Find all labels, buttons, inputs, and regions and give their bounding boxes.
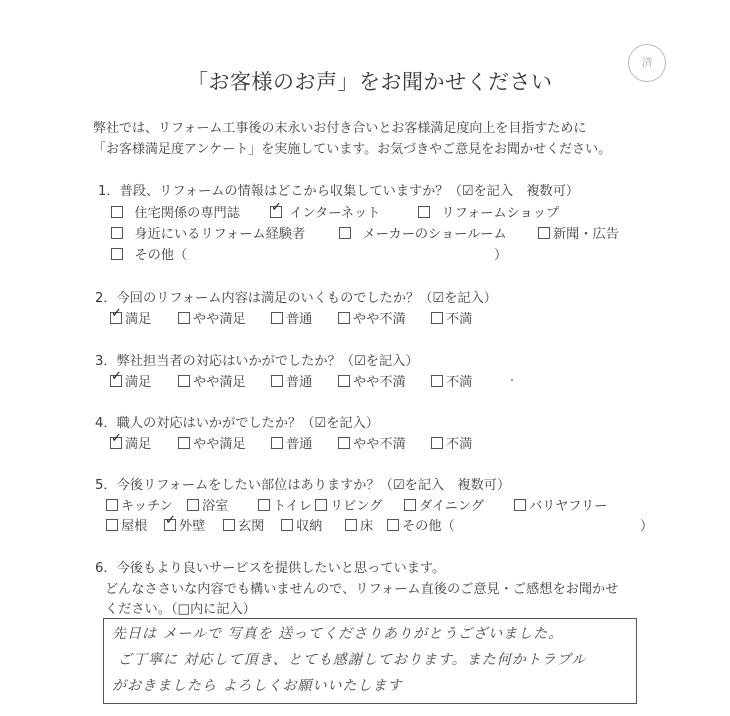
q4-question: 4．職人の対応はいかがでしたか？（☑を記入） [95,412,379,431]
checkbox-checked[interactable] [164,519,176,531]
q5-option-other[interactable]: その他（ [387,515,455,534]
checkbox[interactable] [338,375,350,387]
q5-option-barrier-free[interactable]: バリヤフリー [514,495,607,514]
checkbox[interactable] [338,437,350,449]
checkbox[interactable] [431,312,443,324]
q2-option-satisfied[interactable]: 満足 [110,308,151,327]
scan-speck [511,379,513,381]
checkbox[interactable] [271,375,283,387]
q3-option-somewhat-satisfied[interactable]: やや満足 [178,371,246,390]
handwritten-answer-line-3: がおきましたら よろしくお願いいたします [112,675,402,695]
q6-question: 6．今後もより良いサービスを提供したいと思っています。 [95,557,445,576]
q6-instruction-line-1: どんなささいな内容でも構いませんので、リフォーム直後のご意見・ご感想をお聞かせ [105,578,618,597]
checkbox[interactable] [404,499,416,511]
checkbox-checked[interactable] [270,206,282,218]
q5-option-roof[interactable]: 屋根 [106,515,147,534]
q2-option-somewhat-dissatisfied[interactable]: やや不満 [338,308,406,327]
checkbox[interactable] [106,499,118,511]
q1-question: 1．普段、リフォームの情報はどこから収集していますか？（☑を記入 複数可） [98,180,579,199]
q5-option-dining[interactable]: ダイニング [404,495,484,514]
q5-option-storage[interactable]: 収納 [281,515,322,534]
checkbox[interactable] [281,519,293,531]
handwritten-answer-line-2: ご丁寧に 対応して頂き、とても感謝しております。また何かトラブル [118,649,586,669]
q1-option-reform-shop[interactable]: リフォームショップ [418,202,559,221]
checkbox[interactable] [178,437,190,449]
page-title: 「お客様のお声」をお聞かせください [187,66,553,96]
checkbox[interactable] [111,227,123,239]
checkbox[interactable] [345,519,357,531]
checkbox[interactable] [431,437,443,449]
approval-stamp: 済 [628,44,666,82]
q1-option-other[interactable]: その他（ [111,244,187,263]
checkbox[interactable] [178,312,190,324]
checkbox[interactable] [178,375,190,387]
checkbox[interactable] [315,499,327,511]
q4-option-somewhat-satisfied[interactable]: やや満足 [178,433,246,452]
checkbox[interactable] [514,499,526,511]
q5-option-kitchen[interactable]: キッチン [106,495,173,514]
checkbox[interactable] [106,519,118,531]
q2-option-dissatisfied[interactable]: 不満 [431,308,472,327]
checkbox[interactable] [111,206,123,218]
checkbox[interactable] [387,519,399,531]
checkbox[interactable] [258,499,270,511]
checkbox[interactable] [111,248,123,260]
q4-option-dissatisfied[interactable]: 不満 [431,433,472,452]
intro-line-2: 「お客様満足度アンケート」を実施しています。お気づきやご意見をお聞かせください。 [93,138,611,157]
q5-option-exterior-wall[interactable]: 外壁 [164,515,205,534]
q6-instruction-line-2: ください。（□内に記入） [105,598,256,617]
q3-option-satisfied[interactable]: 満足 [110,371,151,390]
checkbox[interactable] [538,227,550,239]
checkbox-checked[interactable] [110,312,122,324]
intro-line-1: 弊社では、リフォーム工事後の末永いお付き合いとお客様満足度向上を目指すために [93,117,586,136]
q5-option-bathroom[interactable]: 浴室 [187,495,228,514]
q5-option-floor[interactable]: 床 [345,515,373,534]
checkbox[interactable] [339,227,351,239]
q3-option-neutral[interactable]: 普通 [271,371,312,390]
q1-option-magazine[interactable]: 住宅関係の専門誌 [111,202,240,221]
checkbox[interactable] [187,499,199,511]
checkbox[interactable] [418,206,430,218]
comment-box[interactable]: 先日は メールで 写真を 送ってくださりありがとうございました。 ご丁寧に 対応… [103,618,637,704]
q2-option-somewhat-satisfied[interactable]: やや満足 [178,308,246,327]
q1-option-acquaintance[interactable]: 身近にいるリフォーム経験者 [111,223,305,242]
q4-option-somewhat-dissatisfied[interactable]: やや不満 [338,433,406,452]
handwritten-answer-line-1: 先日は メールで 写真を 送ってくださりありがとうございました。 [112,623,563,643]
checkbox[interactable] [431,375,443,387]
q5-option-toilet[interactable]: トイレ [258,495,312,514]
q1-option-newspaper[interactable]: 新聞・広告 [538,223,619,242]
q2-question: 2．今回のリフォーム内容は満足のいくものでしたか？（☑を記入） [95,287,497,306]
checkbox[interactable] [223,519,235,531]
q1-option-internet[interactable]: インターネット [270,202,380,221]
q3-option-somewhat-dissatisfied[interactable]: やや不満 [338,371,406,390]
checkbox[interactable] [271,437,283,449]
q4-option-neutral[interactable]: 普通 [271,433,312,452]
q2-option-neutral[interactable]: 普通 [271,308,312,327]
checkbox-checked[interactable] [110,375,122,387]
q1-option-showroom[interactable]: メーカーのショールーム [339,223,507,242]
q3-question: 3．弊社担当者の対応はいかがでしたか？（☑を記入） [95,350,419,369]
q5-other-close: ） [640,515,653,534]
q4-option-satisfied[interactable]: 満足 [110,433,151,452]
checkbox-checked[interactable] [110,437,122,449]
q1-other-close: ） [494,244,507,263]
q3-option-dissatisfied[interactable]: 不満 [431,371,472,390]
q5-option-entrance[interactable]: 玄関 [223,515,264,534]
q5-option-living[interactable]: リビング [315,495,383,514]
checkbox[interactable] [338,312,350,324]
q5-question: 5．今後リフォームをしたい部位はありますか？（☑を記入 複数可） [95,474,510,493]
checkbox[interactable] [271,312,283,324]
